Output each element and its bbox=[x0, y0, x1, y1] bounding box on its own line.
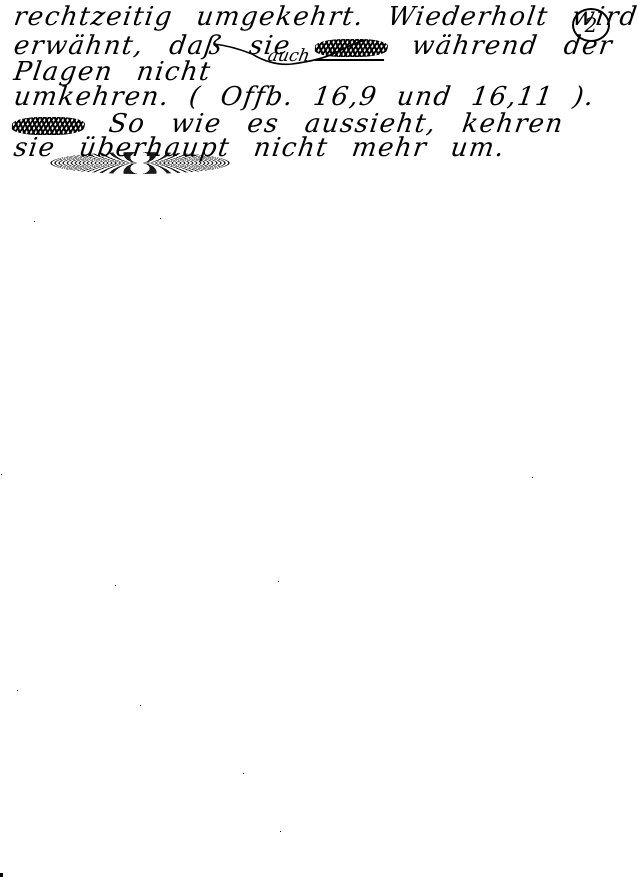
text-line-1: rechtzeitig umgekehrt. Wiederholt wird bbox=[12, 2, 638, 32]
scan-speck bbox=[160, 218, 161, 219]
text-line-4: umkehren. ( Offb. 16,9 und 16,11 ). bbox=[12, 82, 597, 112]
scan-speck bbox=[1, 474, 2, 475]
scan-speck bbox=[34, 221, 35, 222]
handwritten-page: 2 rechtzeitig umgekehrt. Wiederholt wird… bbox=[0, 0, 638, 877]
text-line-2-end: während der bbox=[410, 31, 615, 61]
inserted-word: auch bbox=[266, 46, 311, 66]
scan-speck bbox=[280, 831, 281, 832]
scribbled-out-mark bbox=[50, 152, 230, 174]
scan-speck bbox=[140, 705, 141, 706]
scan-speck bbox=[532, 477, 533, 478]
scan-speck bbox=[0, 873, 3, 877]
scan-speck bbox=[115, 585, 116, 586]
scan-speck bbox=[17, 690, 18, 691]
scan-speck bbox=[278, 581, 279, 582]
scan-speck bbox=[243, 773, 244, 774]
